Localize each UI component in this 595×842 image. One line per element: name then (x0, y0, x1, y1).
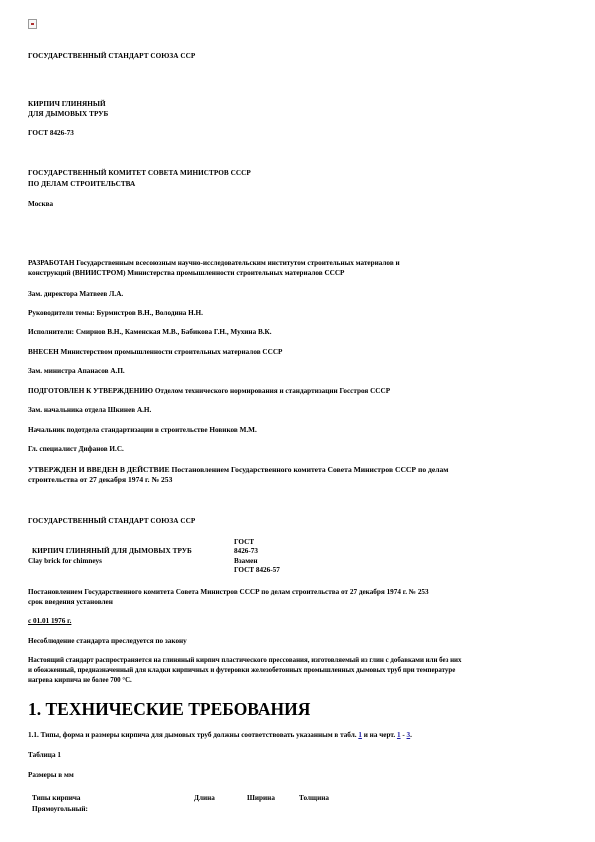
prepared-by: ПОДГОТОВЛЕН К УТВЕРЖДЕНИЮ Отделом технич… (28, 387, 390, 396)
broken-image-icon (28, 19, 37, 29)
standard-title-ru: КИРПИЧ ГЛИНЯНЫЙ ДЛЯ ДЫМОВЫХ ТРУБ (32, 547, 192, 556)
city: Москва (28, 200, 53, 209)
submitted-by: ВНЕСЕН Министерством промышленности стро… (28, 348, 282, 357)
topic-leaders: Руководители темы: Бурмистров В.Н., Воло… (28, 309, 203, 318)
deputy-head-department: Зам. начальника отдела Шкинев А.Н. (28, 406, 151, 415)
col-header-type: Типы кирпича (32, 794, 81, 803)
scope-line3: нагрева кирпича не более 700 °С. (28, 676, 132, 685)
col-header-width: Ширина (247, 794, 275, 803)
resolution-line1: Постановлением Государственного комитета… (28, 588, 429, 597)
chief-specialist: Гл. специалист Дифанов И.С. (28, 445, 124, 454)
table-caption: Таблица 1 (28, 751, 61, 760)
table-1-link[interactable]: 1 (358, 731, 362, 739)
subdepartment-head: Начальник подотдела стандартизации в стр… (28, 426, 257, 435)
developed-by-line2: конструкций (ВНИИСТРОМ) Министерства про… (28, 269, 344, 278)
replaces-label: Взамен (234, 557, 258, 566)
deputy-minister: Зам. министра Апанасов А.П. (28, 367, 125, 376)
period: . (410, 731, 412, 739)
gost-number: ГОСТ 8426-73 (28, 129, 74, 138)
scope-line1: Настоящий стандарт распространяется на г… (28, 656, 461, 665)
developed-by-line1: РАЗРАБОТАН Государственным всесоюзным на… (28, 259, 400, 268)
committee-line2: ПО ДЕЛАМ СТРОИТЕЛЬСТВА (28, 180, 135, 189)
doc-title-line2: ДЛЯ ДЫМОВЫХ ТРУБ (28, 110, 108, 119)
executors: Исполнители: Смирнов В.Н., Каменская М.В… (28, 328, 272, 337)
approved-line2: строительства от 27 декабря 1974 г. № 25… (28, 475, 172, 484)
figure-1-link[interactable]: 1 (397, 731, 401, 739)
clause-1-1: 1.1. Типы, форма и размеры кирпича для д… (28, 731, 412, 740)
liability-note: Несоблюдение стандарта преследуется по з… (28, 637, 187, 646)
table-row-rectangular: Прямоугольный: (32, 805, 88, 814)
gost-label: ГОСТ (234, 538, 254, 547)
units-note: Размеры в мм (28, 771, 74, 780)
developed-text: Государственным всесоюзным научно-исслед… (76, 259, 399, 267)
scope-line2: и обожженный, предназначенный для кладки… (28, 666, 455, 675)
replaces-number: ГОСТ 8426-57 (234, 566, 280, 575)
clause-and-text: и на черт. (364, 731, 395, 739)
developed-label: РАЗРАБОТАН (28, 259, 74, 267)
resolution-line2: срок введения установлен (28, 598, 113, 607)
standard-union-heading-2: ГОСУДАРСТВЕННЫЙ СТАНДАРТ СОЮЗА ССР (28, 517, 195, 526)
section-heading: 1. ТЕХНИЧЕСКИЕ ТРЕБОВАНИЯ (28, 699, 310, 719)
committee-line1: ГОСУДАРСТВЕННЫЙ КОМИТЕТ СОВЕТА МИНИСТРОВ… (28, 169, 251, 178)
doc-title-line1: КИРПИЧ ГЛИНЯНЫЙ (28, 100, 106, 109)
approved-line1: УТВЕРЖДЕН И ВВЕДЕН В ДЕЙСТВИЕ Постановле… (28, 465, 448, 474)
clause-1-1-text: 1.1. Типы, форма и размеры кирпича для д… (28, 731, 357, 739)
col-header-thickness: Толщина (299, 794, 329, 803)
standard-title-en: Clay brick for chimneys (28, 557, 102, 566)
effective-date: с 01.01 1976 г. (28, 617, 71, 626)
gost-number-2: 8426-73 (234, 547, 258, 556)
deputy-director: Зам. директора Матвеев Л.А. (28, 290, 123, 299)
standard-union-heading: ГОСУДАРСТВЕННЫЙ СТАНДАРТ СОЮЗА ССР (28, 52, 195, 61)
col-header-length: Длина (194, 794, 215, 803)
